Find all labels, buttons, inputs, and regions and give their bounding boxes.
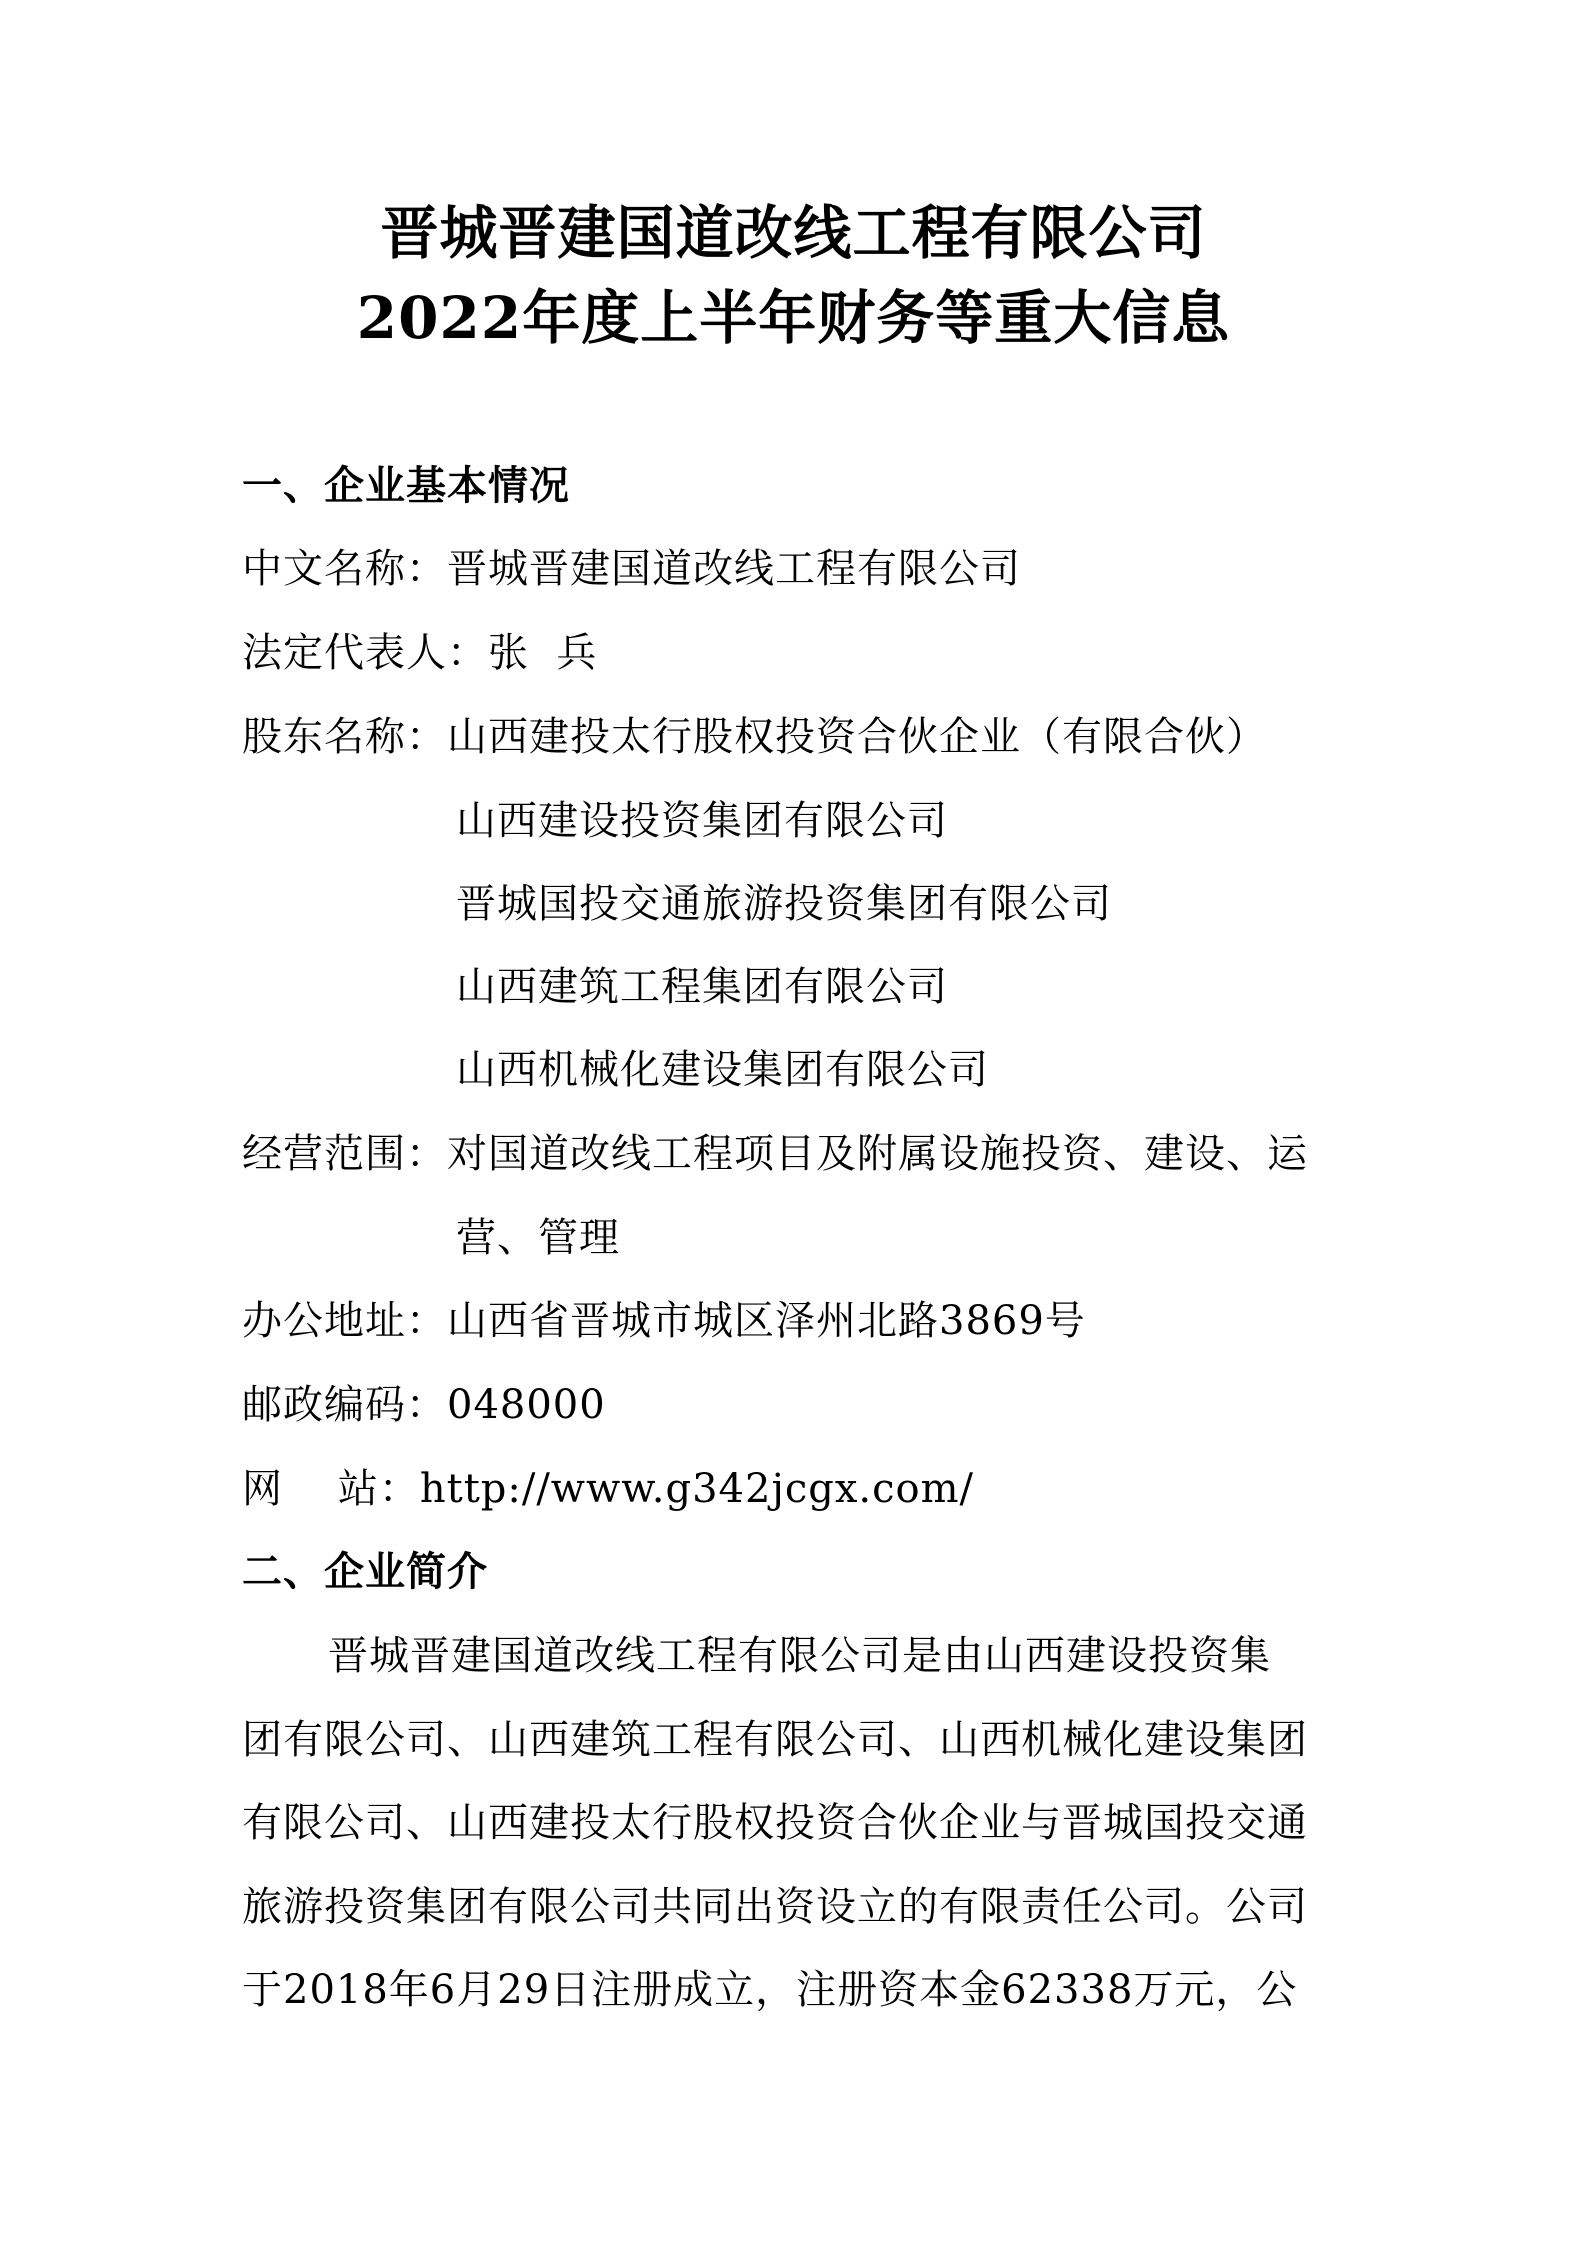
intro-paragraph-line: 晋城晋建国道改线工程有限公司是由山西建设投资集 bbox=[328, 1630, 1438, 1682]
website-row: 网 站：http://www.g342jcgx.com/ bbox=[242, 1463, 974, 1515]
document-title-line2: 2022年度上半年财务等重大信息 bbox=[0, 283, 1587, 353]
address-value: 山西省晋城市城区泽州北路3869号 bbox=[447, 1298, 1086, 1344]
shareholder-item: 山西建投太行股权投资合伙企业（有限合伙） bbox=[447, 714, 1267, 760]
shareholders-row: 股东名称：山西建投太行股权投资合伙企业（有限合伙） bbox=[242, 711, 1267, 763]
chinese-name-row: 中文名称：晋城晋建国道改线工程有限公司 bbox=[242, 543, 1021, 595]
section-heading-basic-info: 一、企业基本情况 bbox=[242, 460, 570, 512]
legal-rep-row: 法定代表人：张 兵 bbox=[242, 627, 597, 679]
legal-rep-label: 法定代表人： bbox=[242, 627, 488, 679]
shareholder-item: 山西机械化建设集团有限公司 bbox=[456, 1044, 989, 1096]
intro-paragraph-line: 有限公司、山西建投太行股权投资合伙企业与晋城国投交通 bbox=[242, 1797, 1352, 1849]
shareholders-label: 股东名称： bbox=[242, 711, 447, 763]
postcode-label: 邮政编码： bbox=[242, 1379, 447, 1431]
address-label: 办公地址： bbox=[242, 1295, 447, 1347]
intro-paragraph-line: 于2018年6月29日注册成立，注册资本金62338万元，公 bbox=[242, 1964, 1352, 2016]
postcode-row: 邮政编码：048000 bbox=[242, 1379, 606, 1431]
legal-rep-value: 张 兵 bbox=[488, 630, 597, 676]
intro-paragraph-line: 团有限公司、山西建筑工程有限公司、山西机械化建设集团 bbox=[242, 1714, 1352, 1766]
shareholder-item: 晋城国投交通旅游投资集团有限公司 bbox=[456, 878, 1112, 930]
chinese-name-label: 中文名称： bbox=[242, 543, 447, 595]
chinese-name-value: 晋城晋建国道改线工程有限公司 bbox=[447, 546, 1021, 592]
shareholder-item: 山西建设投资集团有限公司 bbox=[456, 795, 948, 847]
document-page: 晋城晋建国道改线工程有限公司 2022年度上半年财务等重大信息 一、企业基本情况… bbox=[0, 0, 1587, 2245]
business-scope-row: 经营范围：对国道改线工程项目及附属设施投资、建设、运 bbox=[242, 1128, 1308, 1180]
section-heading-company-intro: 二、企业简介 bbox=[242, 1546, 488, 1598]
business-scope-value: 对国道改线工程项目及附属设施投资、建设、运 bbox=[447, 1131, 1308, 1177]
website-link[interactable]: http://www.g342jcgx.com/ bbox=[420, 1466, 974, 1512]
postcode-value: 048000 bbox=[447, 1382, 606, 1428]
business-scope-continuation: 营、管理 bbox=[456, 1212, 620, 1264]
intro-paragraph-line: 旅游投资集团有限公司共同出资设立的有限责任公司。公司 bbox=[242, 1881, 1352, 1933]
website-label: 网 站： bbox=[242, 1463, 420, 1515]
document-title-line1: 晋城晋建国道改线工程有限公司 bbox=[0, 198, 1587, 268]
business-scope-label: 经营范围： bbox=[242, 1128, 447, 1180]
address-row: 办公地址：山西省晋城市城区泽州北路3869号 bbox=[242, 1295, 1086, 1347]
shareholder-item: 山西建筑工程集团有限公司 bbox=[456, 961, 948, 1013]
